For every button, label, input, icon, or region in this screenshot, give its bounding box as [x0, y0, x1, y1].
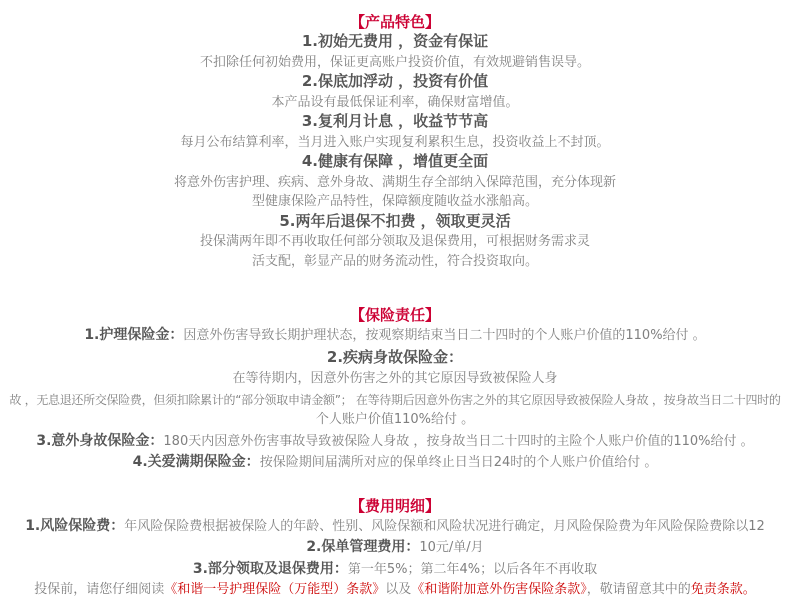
text-line: 本产品设有最低保证利率，确保财富增值。 [0, 93, 790, 113]
exemption-clause-highlight: 免责条款。 [691, 582, 756, 596]
text-segment: 投保前，请您仔细阅读 [34, 582, 164, 596]
text-line: 投保满两年即不再收取任何部分领取及退保费用，可根据财务需求灵 [0, 232, 790, 252]
text-line: 将意外伤害护理、疾病、意外身故、满期生存全部纳入保障范围，充分体现新 [0, 173, 790, 193]
text-segment: 个人账户价值110%给付 。 [316, 412, 474, 427]
feature-heading: 2.疾病身故保险金： [327, 348, 463, 366]
text-segment: 年风险保险费根据被保险人的年龄、性别、风险保额和风险状况进行确定，月风险保险费为… [124, 519, 765, 534]
text-segment: 180天内因意外伤害事故导致被保险人身故 ，按身故当日二十四时的主险个人账户价值… [163, 434, 753, 449]
feature-heading: 5.两年后退保不扣费 ，领取更灵活 [279, 212, 510, 230]
text-segment: 第一年5%；第二年4%；以后各年不再收取 [348, 562, 597, 577]
text-segment: 故 ，无息退还所交保险费，但须扣除累计的“部分领取申请金额”； 在等待期后因意外… [9, 393, 780, 407]
text-segment: 在等待期内，因意外伤害之外的其它原因导致被保险人身 [232, 371, 557, 386]
text-line: 每月公布结算利率，当月进入账户实现复利累积生息，投资收益上不封顶。 [0, 133, 790, 153]
text-line: 在等待期内，因意外伤害之外的其它原因导致被保险人身 [0, 369, 790, 390]
text-segment: 以及 [385, 582, 411, 596]
text-line: 故 ，无息退还所交保险费，但须扣除累计的“部分领取申请金额”； 在等待期后因意外… [0, 390, 790, 411]
text-segment: 型健康保险产品特性，保障额度随收益水涨船高。 [252, 194, 538, 209]
feature-heading: 1.初始无费用 ，资金有保证 [302, 32, 488, 50]
feature-heading: 4.健康有保障 ，增值更全面 [302, 152, 488, 170]
text-line: 型健康保险产品特性，保障额度随收益水涨船高。 [0, 192, 790, 212]
text-line: 1.风险保险费：年风险保险费根据被保险人的年龄、性别、风险保额和风险状况进行确定… [0, 516, 790, 538]
text-line: 2.疾病身故保险金： [0, 347, 790, 370]
text-segment: ，敬请留意其中的 [587, 582, 691, 596]
text-segment: 因意外伤害导致长期护理状态，按观察期结束当日二十四时的个人账户价值的110%给付… [183, 328, 705, 343]
section-product-features: 【产品特色】1.初始无费用 ，资金有保证不扣除任何初始费用，保证更高账户投资价值… [0, 12, 790, 271]
document: 【产品特色】1.初始无费用 ，资金有保证不扣除任何初始费用，保证更高账户投资价值… [0, 0, 790, 596]
text-segment: 按保险期间届满所对应的保单终止日当日24时的个人账户价值给付 。 [260, 455, 658, 470]
text-line: 2.保底加浮动 ，投资有价值 [0, 72, 790, 93]
text-line: 3.意外身故保险金：180天内因意外伤害事故导致被保险人身故 ，按身故当日二十四… [0, 431, 790, 453]
text-line: 不扣除任何初始费用，保证更高账户投资价值，有效规避销售误导。 [0, 53, 790, 73]
clause-link[interactable]: 《和谐附加意外伤害保险条款》 [411, 582, 587, 596]
section-title: 【费用明细】 [0, 496, 790, 516]
text-line: 投保前，请您仔细阅读《和谐一号护理保险（万能型）条款》以及《和谐附加意外伤害保险… [0, 580, 790, 596]
text-segment: 每月公布结算利率，当月进入账户实现复利累积生息，投资收益上不封顶。 [180, 135, 609, 150]
section-title: 【保险责任】 [0, 305, 790, 325]
feature-heading: 2.保底加浮动 ，投资有价值 [302, 72, 488, 90]
item-label: 1.护理保险金： [84, 327, 183, 343]
item-label: 3.意外身故保险金： [36, 433, 163, 449]
text-line: 3.复利月计息 ，收益节节高 [0, 112, 790, 133]
text-line: 4.健康有保障 ，增值更全面 [0, 152, 790, 173]
section-title: 【产品特色】 [0, 12, 790, 32]
text-segment: 不扣除任何初始费用，保证更高账户投资价值，有效规避销售误导。 [200, 55, 590, 70]
item-label: 2.保单管理费用： [306, 539, 419, 555]
clause-link[interactable]: 《和谐一号护理保险（万能型）条款》 [164, 582, 385, 596]
item-label: 1.风险保险费： [25, 518, 124, 534]
text-segment: 活支配，彰显产品的财务流动性，符合投资取向。 [252, 254, 538, 269]
item-label: 4.关爱满期保险金： [133, 454, 260, 470]
text-line: 1.护理保险金：因意外伤害导致长期护理状态，按观察期结束当日二十四时的个人账户价… [0, 325, 790, 347]
section-insurance-liability: 【保险责任】1.护理保险金：因意外伤害导致长期护理状态，按观察期结束当日二十四时… [0, 305, 790, 474]
text-line: 2.保单管理费用：10元/单/月 [0, 537, 790, 559]
feature-heading: 3.复利月计息 ，收益节节高 [302, 112, 488, 130]
text-segment: 10元/单/月 [419, 540, 483, 555]
text-segment: 将意外伤害护理、疾病、意外身故、满期生存全部纳入保障范围，充分体现新 [174, 175, 616, 190]
text-line: 4.关爱满期保险金：按保险期间届满所对应的保单终止日当日24时的个人账户价值给付… [0, 452, 790, 474]
text-segment: 投保满两年即不再收取任何部分领取及退保费用，可根据财务需求灵 [200, 234, 590, 249]
section-fee-details: 【费用明细】1.风险保险费：年风险保险费根据被保险人的年龄、性别、风险保额和风险… [0, 496, 790, 596]
item-label: 3.部分领取及退保费用： [193, 561, 348, 577]
text-line: 活支配，彰显产品的财务流动性，符合投资取向。 [0, 252, 790, 272]
text-line: 3.部分领取及退保费用：第一年5%；第二年4%；以后各年不再收取 [0, 559, 790, 581]
text-line: 5.两年后退保不扣费 ，领取更灵活 [0, 212, 790, 233]
text-line: 个人账户价值110%给付 。 [0, 410, 790, 431]
text-line: 1.初始无费用 ，资金有保证 [0, 32, 790, 53]
text-segment: 本产品设有最低保证利率，确保财富增值。 [271, 95, 518, 110]
